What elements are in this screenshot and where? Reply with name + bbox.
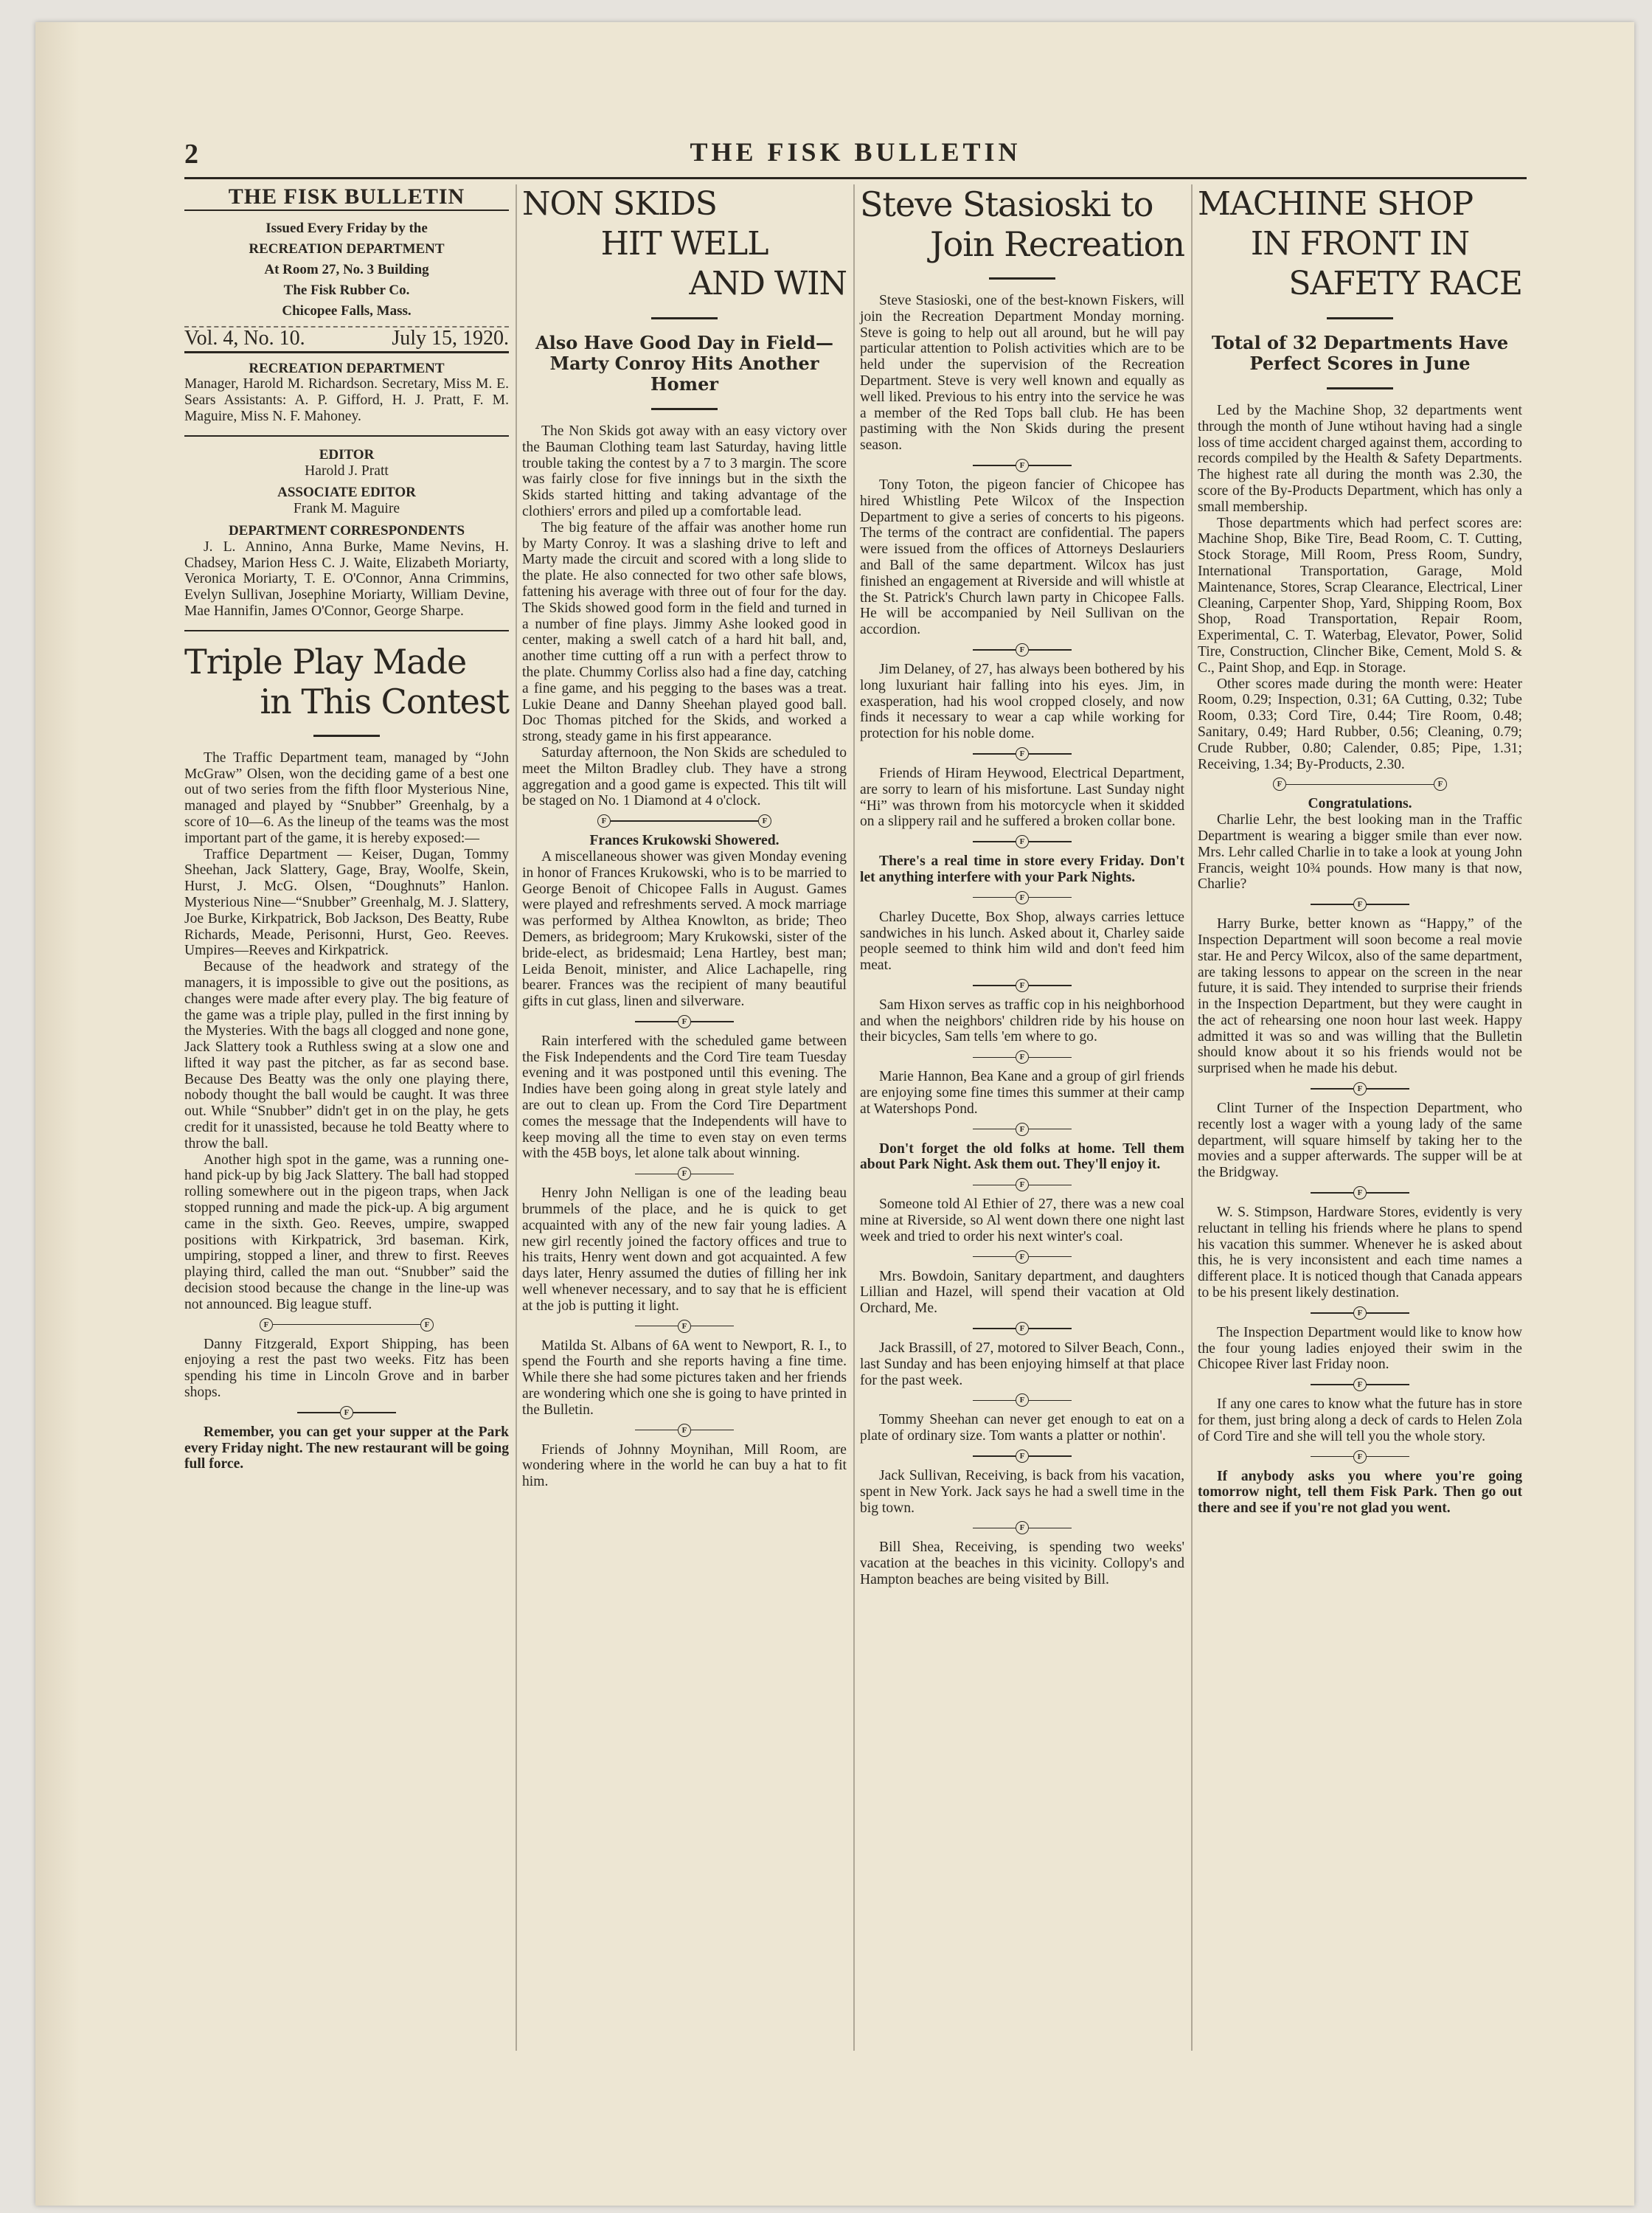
f-divider: F [860,458,1184,473]
news-item: Sam Hixon serves as traffic cop in his n… [860,997,1184,1045]
f-divider: F [860,1050,1184,1064]
f-divider: F [860,1393,1184,1407]
news-item: Marie Hannon, Bea Kane and a group of gi… [860,1069,1184,1117]
column-3: Steve Stasioski to Join Recreation Steve… [860,184,1184,1588]
f-ornament-icon: F [1016,747,1029,761]
f-ornament-icon: F [1353,1450,1367,1464]
volume-number: Vol. 4, No. 10. [184,330,305,347]
f-divider: F [860,834,1184,849]
f-ornament-icon: F [1016,1322,1029,1335]
running-title: THE FISK BULLETIN [184,136,1527,167]
congrats-heading: Congratulations. [1198,796,1522,812]
news-item: Bill Shea, Receiving, is spending two we… [860,1540,1184,1587]
f-divider: F [860,890,1184,905]
short-rule [1327,317,1393,319]
column-divider [853,184,855,2051]
f-ornament-icon: F [1273,778,1286,791]
rule [184,435,509,437]
f-divider: F [860,1122,1184,1137]
f-divider: F [860,978,1184,993]
f-divider: F [860,1520,1184,1535]
f-ornament-icon: F [1016,891,1029,904]
f-ornament-icon: F [420,1318,434,1331]
news-item: Harry Burke, better known as “Happy,” of… [1198,916,1522,1077]
column-divider [1191,184,1193,2051]
article-paragraph: Other scores made during the month were:… [1198,676,1522,773]
f-ornament-icon: F [678,1015,691,1028]
news-item: Danny Fitzgerald, Export Shipping, has b… [184,1337,509,1401]
f-ornament-icon: F [1016,835,1029,848]
column-4: MACHINE SHOP IN FRONT IN SAFETY RACE Tot… [1198,184,1522,1517]
assoc-editor-heading: ASSOCIATE EDITOR [184,485,509,501]
shower-heading: Frances Krukowski Showered. [522,833,847,849]
column-2: NON SKIDS HIT WELL AND WIN Also Have Goo… [522,184,847,1490]
f-ornament-icon: F [1016,1521,1029,1534]
machine-shop-deck: Total of 32 Departments Have Perfect Sco… [1198,333,1522,374]
f-ornament-icon: F [1353,1378,1367,1391]
non-skids-deck: Also Have Good Day in Field— Marty Conro… [522,333,847,395]
f-ornament-icon: F [1016,979,1029,992]
news-item: Clint Turner of the Inspection Departmen… [1198,1101,1522,1181]
news-item: Charley Ducette, Box Shop, always carrie… [860,910,1184,974]
info-box-line: Chicopee Falls, Mass. [184,301,509,322]
f-ornament-icon: F [1016,1450,1029,1463]
f-ornament-icon: F [597,814,611,828]
f-ornament-icon: F [1016,1393,1029,1407]
f-ornament-icon: F [678,1167,691,1180]
f-divider: F [860,1449,1184,1464]
news-item: Friends of Hiram Heywood, Electrical Dep… [860,766,1184,830]
issue-date: July 15, 1920. [392,330,509,347]
f-ornament-icon: F [1353,1082,1367,1095]
f-divider: F [522,1014,847,1029]
f-divider: F [1198,1306,1522,1320]
news-item: If any one cares to know what the future… [1198,1396,1522,1444]
correspondents-list: J. L. Annino, Anna Burke, Mame Nevins, H… [184,539,509,620]
f-divider: F [522,1166,847,1181]
f-ornament-icon: F [1016,1178,1029,1191]
info-box-line: At Room 27, No. 3 Building [184,260,509,280]
news-item: W. S. Stimpson, Hardware Stores, evident… [1198,1205,1522,1301]
dept-staff: Manager, Harold M. Richardson. Secretary… [184,376,509,424]
triple-play-headline: Triple Play Made in This Contest [184,642,509,721]
news-item: Tony Toton, the pigeon fancier of Chicop… [860,477,1184,638]
news-item: Jim Delaney, of 27, has always been both… [860,662,1184,742]
news-item: Matilda St. Albans of 6A went to Newport… [522,1338,847,1419]
news-item: Tommy Sheehan can never get enough to ea… [860,1412,1184,1444]
f-divider: F [184,1405,509,1420]
f-ornament-icon: F [1353,1186,1367,1199]
news-item: Jack Brassill, of 27, motored to Silver … [860,1340,1184,1388]
f-ornament-icon: F [260,1318,273,1331]
article-paragraph: Another high spot in the game, was a run… [184,1152,509,1313]
f-ornament-icon: F [1353,1306,1367,1320]
article-paragraph: Traffice Department — Keiser, Dugan, Tom… [184,847,509,960]
assoc-editor-name: Frank M. Maguire [184,501,509,517]
f-divider: F [1198,1450,1522,1464]
news-item: Henry John Nelligan is one of the leadin… [522,1185,847,1314]
dept-heading: RECREATION DEPARTMENT [184,361,509,377]
f-divider: F [522,1319,847,1334]
news-item: The Inspection Department would like to … [1198,1325,1522,1373]
editor-name: Harold J. Pratt [184,463,509,479]
park-notice: Remember, you can get your supper at the… [184,1424,509,1472]
f-divider: FF [1198,777,1522,792]
machine-shop-headline: MACHINE SHOP IN FRONT IN SAFETY RACE [1198,184,1522,304]
news-item: Friends of Johnny Moynihan, Mill Room, a… [522,1442,847,1490]
info-box-line: RECREATION DEPARTMENT [184,239,509,260]
f-ornament-icon: F [340,1406,353,1419]
f-ornament-icon: F [678,1320,691,1333]
correspondents-heading: DEPARTMENT CORRESPONDENTS [184,523,509,539]
column-divider [516,184,517,2051]
article-paragraph: Because of the headwork and strategy of … [184,959,509,1152]
non-skids-headline: NON SKIDS HIT WELL AND WIN [522,184,847,304]
f-divider: F [860,1250,1184,1264]
f-ornament-icon: F [758,814,771,828]
park-notice: If anybody asks you where you're going t… [1198,1469,1522,1517]
volume-date-line: Vol. 4, No. 10. July 15, 1920. [184,326,509,353]
article-paragraph: Steve Stasioski, one of the best-known F… [860,293,1184,454]
f-divider: F [1198,1377,1522,1392]
f-divider: F [860,643,1184,657]
masthead: 2 THE FISK BULLETIN [184,136,1527,173]
masthead-rule [184,177,1527,179]
article-paragraph: The Non Skids got away with an easy vict… [522,423,847,520]
info-box-line: The Fisk Rubber Co. [184,280,509,301]
stasioski-headline: Steve Stasioski to Join Recreation [860,184,1184,264]
article-paragraph: The big feature of the affair was anothe… [522,520,847,745]
park-notice: Don't forget the old folks at home. Tell… [860,1141,1184,1174]
f-ornament-icon: F [1016,1123,1029,1136]
short-rule [651,317,718,319]
f-divider: F [860,747,1184,761]
short-rule [313,735,380,737]
f-divider: FF [522,814,847,828]
article-paragraph: Those departments which had perfect scor… [1198,516,1522,676]
article-paragraph: Charlie Lehr, the best looking man in th… [1198,812,1522,893]
park-notice: There's a real time in store every Frida… [860,853,1184,886]
editor-heading: EDITOR [184,447,509,463]
f-ornament-icon: F [1016,643,1029,657]
f-divider: F [1198,897,1522,912]
news-item: Mrs. Bowdoin, Sanitary department, and d… [860,1269,1184,1317]
f-divider: F [860,1177,1184,1192]
column-1: THE FISK BULLETIN Issued Every Friday by… [184,184,509,1472]
f-ornament-icon: F [1016,1050,1029,1064]
news-item: Someone told Al Ethier of 27, there was … [860,1196,1184,1244]
short-rule [1327,387,1393,389]
f-divider: F [860,1321,1184,1336]
short-rule [651,408,718,410]
f-divider: F [1198,1081,1522,1096]
info-box-line: Issued Every Friday by the [184,218,509,239]
f-ornament-icon: F [1016,1250,1029,1264]
f-ornament-icon: F [1016,459,1029,472]
news-item: Rain interfered with the scheduled game … [522,1033,847,1162]
article-paragraph: A miscellaneous shower was given Monday … [522,849,847,1010]
f-ornament-icon: F [1353,898,1367,911]
info-box-title: THE FISK BULLETIN [184,184,509,211]
article-paragraph: Led by the Machine Shop, 32 departments … [1198,403,1522,516]
f-ornament-icon: F [678,1424,691,1437]
short-rule [989,277,1055,280]
f-divider: F [1198,1185,1522,1200]
rule [184,630,509,631]
f-divider: FF [184,1317,509,1332]
f-divider: F [522,1423,847,1438]
news-item: Jack Sullivan, Receiving, is back from h… [860,1468,1184,1516]
article-paragraph: The Traffic Department team, managed by … [184,750,509,847]
f-ornament-icon: F [1434,778,1447,791]
article-paragraph: Saturday afternoon, the Non Skids are sc… [522,745,847,809]
